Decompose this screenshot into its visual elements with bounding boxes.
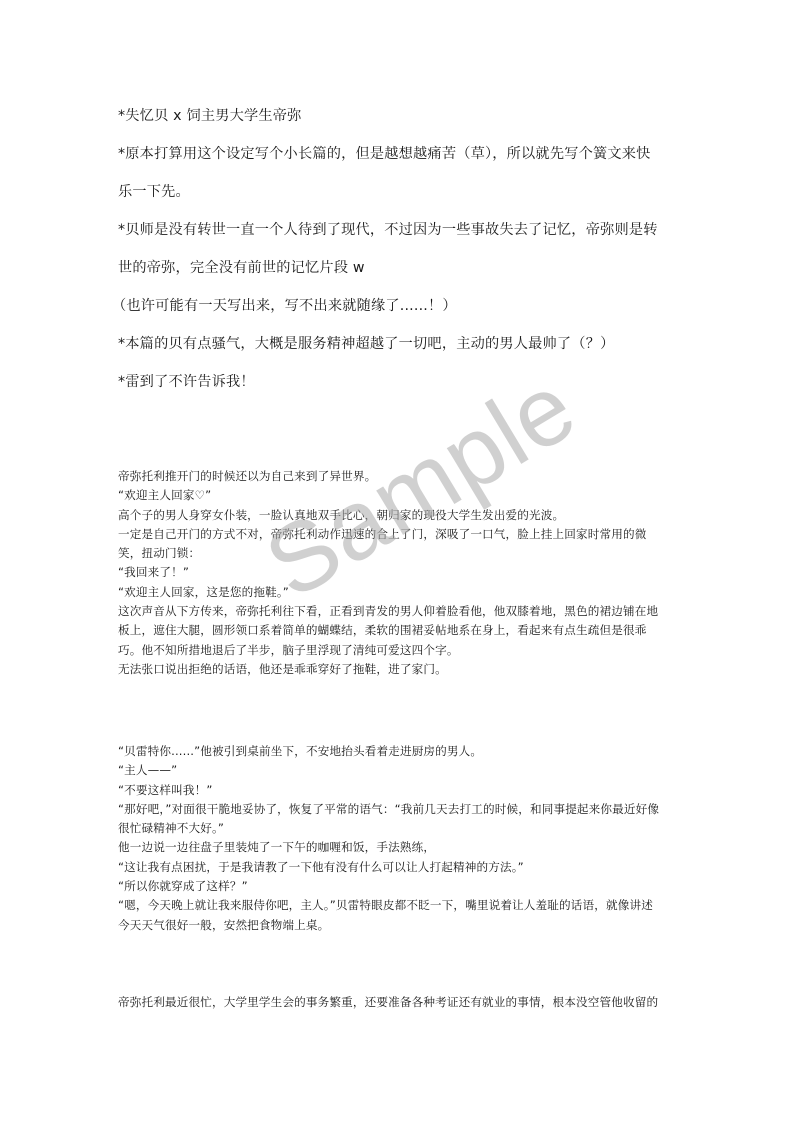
story-line: 很忙碌精神不大好。” [118, 819, 678, 838]
story-line: 他一边说一边往盘子里装炖了一下午的咖喱和饭，手法熟练， [118, 838, 678, 857]
story-section-3: 帝弥托利最近很忙，大学里学生会的事务繁重，还要准备各种考证还有就业的事情，根本没… [118, 993, 678, 1012]
note-line: *雷到了不许告诉我！ [118, 372, 678, 392]
note-line: *贝师是没有转世一直一个人待到了现代，不过因为一些事故失去了记忆，帝弥则是转 [118, 220, 678, 240]
story-line: “所以你就穿成了这样？” [118, 877, 678, 896]
note-line: 乐一下先。 [118, 182, 678, 202]
story-line: “主人——” [118, 761, 678, 780]
story-section-1: 帝弥托利推开门的时候还以为自己来到了异世界。 “欢迎主人回家♡” 高个子的男人身… [118, 467, 678, 679]
story-line: 巧。他不知所措地退后了半步，脑子里浮现了清纯可爱这四个字。 [118, 641, 678, 660]
story-line: 笑，扭动门锁： [118, 544, 678, 563]
story-line: 一定是自己开门的方式不对，帝弥托利动作迅速的合上了门，深吸了一口气，脸上挂上回家… [118, 525, 678, 544]
document-page: *失忆贝 x 饲主男大学生帝弥 *原本打算用这个设定写个小长篇的，但是越想越痛苦… [0, 0, 794, 1123]
story-line: “欢迎主人回家，这是您的拖鞋。” [118, 583, 678, 602]
story-line: 高个子的男人身穿女仆装，一脸认真地双手比心，朝归家的现役大学生发出爱的光波。 [118, 506, 678, 525]
note-line: *本篇的贝有点骚气，大概是服务精神超越了一切吧，主动的男人最帅了（？） [118, 334, 678, 354]
author-notes: *失忆贝 x 饲主男大学生帝弥 *原本打算用这个设定写个小长篇的，但是越想越痛苦… [118, 106, 678, 410]
story-line: “我回来了！” [118, 563, 678, 582]
story-line: “贝雷特你......”他被引到桌前坐下，不安地抬头看着走进厨房的男人。 [118, 742, 678, 761]
note-line: *失忆贝 x 饲主男大学生帝弥 [118, 106, 678, 126]
story-line: 帝弥托利推开门的时候还以为自己来到了异世界。 [118, 467, 678, 486]
story-line: 无法张口说出拒绝的话语，他还是乖乖穿好了拖鞋，进了家门。 [118, 660, 678, 679]
note-line: *原本打算用这个设定写个小长篇的，但是越想越痛苦（草），所以就先写个簧文来快 [118, 144, 678, 164]
note-line: （也许可能有一天写出来，写不出来就随缘了......！） [112, 296, 678, 316]
story-line: “欢迎主人回家♡” [118, 486, 678, 505]
story-line: 这次声音从下方传来，帝弥托利往下看，正看到青发的男人仰着脸看他，他双膝着地，黑色… [118, 602, 678, 621]
story-line: 帝弥托利最近很忙，大学里学生会的事务繁重，还要准备各种考证还有就业的事情，根本没… [118, 993, 678, 1012]
story-line: “嗯，今天晚上就让我来服侍你吧，主人。”贝雷特眼皮都不眨一下，嘴里说着让人羞耻的… [118, 896, 678, 915]
story-line: 今天天气很好一般，安然把食物端上桌。 [118, 916, 678, 935]
story-line: “这让我有点困扰，于是我请教了一下他有没有什么可以让人打起精神的方法。” [118, 858, 678, 877]
note-line: 世的帝弥，完全没有前世的记忆片段 w [118, 258, 678, 278]
story-line: 板上，遮住大腿，圆形领口系着简单的蝴蝶结，柔软的围裙妥帖地系在身上，看起来有点生… [118, 621, 678, 640]
story-line: “不要这样叫我！” [118, 781, 678, 800]
story-line: “那好吧，”对面很干脆地妥协了，恢复了平常的语气：“我前几天去打工的时候，和同事… [118, 800, 678, 819]
story-section-2: “贝雷特你......”他被引到桌前坐下，不安地抬头看着走进厨房的男人。 “主人… [118, 742, 678, 935]
